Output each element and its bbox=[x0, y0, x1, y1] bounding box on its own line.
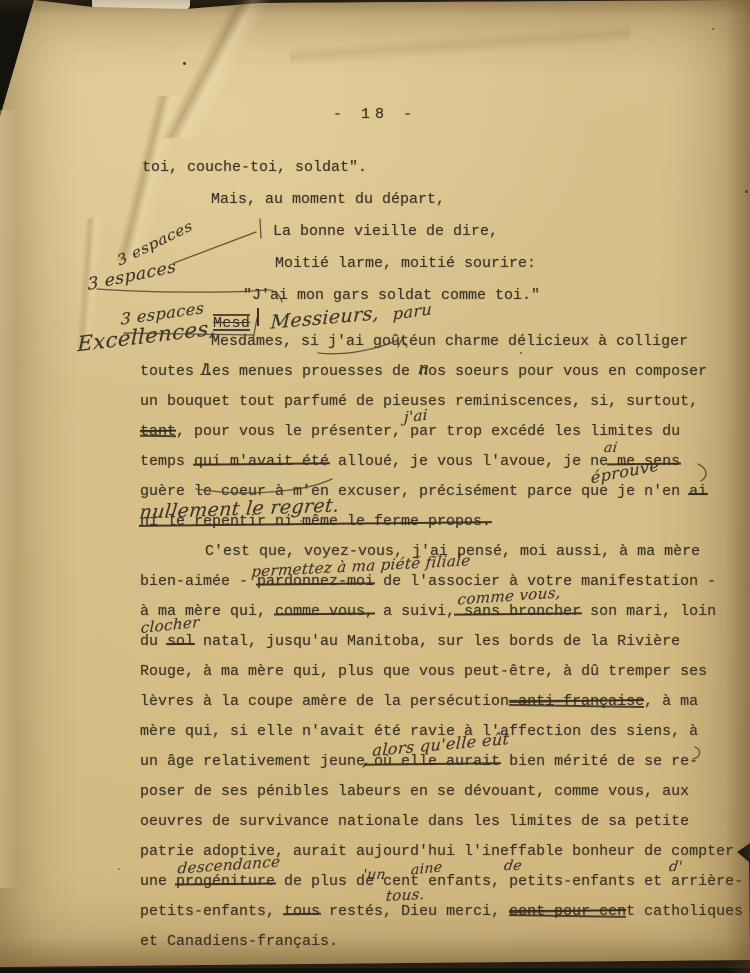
typed-text: t catholiques bbox=[626, 903, 743, 922]
struck-typed-text: comme vous, bbox=[275, 603, 374, 622]
typed-line: à ma mère qui, comme vous, a suivi,comme… bbox=[140, 592, 750, 622]
struck-typed-text: tant bbox=[140, 423, 176, 442]
verse-line: toi, couche-toi, soldat". bbox=[140, 146, 750, 178]
verse-line: "J'ai mon gars soldat comme toi." bbox=[140, 274, 750, 306]
typed-text: Rouge, à ma mère qui, plus que vous peut… bbox=[140, 663, 707, 682]
typed-text: restés, bbox=[320, 903, 392, 922]
typed-line: tant, pour vous le présenter,j'ai par tr… bbox=[140, 412, 750, 442]
typed-text: bien mérité de se re- bbox=[500, 753, 698, 772]
typed-line: une descendanceprogéniture de plus d'une… bbox=[140, 862, 750, 892]
typed-line: et Canadiens-français. bbox=[140, 922, 750, 952]
typed-text: natal, jusqu'au Manitoba, sur les bords … bbox=[194, 633, 680, 652]
typed-line: Rouge, à ma mère qui, plus que vous peut… bbox=[140, 652, 750, 682]
verse-line: Moitié larme, moitié sourire: bbox=[140, 242, 750, 274]
typed-line: nullement le regret.ni le repentir ni mê… bbox=[140, 502, 750, 532]
struck-typed-text: anti-française bbox=[509, 693, 644, 712]
struck-typed-text: ai bbox=[689, 483, 707, 502]
typed-text: nos soeurs pour vous en composer bbox=[419, 363, 707, 382]
struck-typed-text: qui m'avait été bbox=[194, 453, 329, 472]
typed-text: temps bbox=[140, 453, 194, 472]
typed-line: toutes Lles menues prouesses de nnos soe… bbox=[140, 352, 750, 382]
typed-text: Mais, au moment du départ, bbox=[211, 191, 445, 210]
typed-line: un bouquet tout parfumé de pieuses remin… bbox=[140, 382, 750, 412]
page-number: - 18 - bbox=[0, 106, 750, 123]
struck-typed-text: sol bbox=[167, 633, 194, 652]
typed-text: son mari, loin bbox=[581, 603, 716, 622]
typed-text: a suivi, bbox=[374, 603, 455, 622]
verse-line: La bonne vieille de dire, bbox=[140, 210, 750, 242]
typed-text: bien-aimée - bbox=[140, 573, 257, 592]
typed-text: un âge relativement jeune bbox=[140, 753, 365, 772]
typed-line: du clochersol natal, jusqu'au Manitoba, … bbox=[140, 622, 750, 652]
struck-typed-text: tous bbox=[284, 903, 320, 922]
typed-text: Mesdames, si j'ai goûté bbox=[211, 333, 418, 352]
struck-typed-text: progéniture bbox=[176, 873, 275, 892]
typed-text: poser de ses pénibles labeurs en se dévo… bbox=[140, 783, 689, 802]
typed-text: lèvres à la coupe amère de la persécutio… bbox=[140, 693, 509, 712]
typed-text: de plus d bbox=[275, 873, 365, 892]
struck-typed-text: cent pour cen bbox=[509, 903, 626, 922]
paper-speckle bbox=[118, 868, 120, 870]
typed-text: toi, couche-toi, soldat". bbox=[142, 159, 367, 178]
typed-text: Moitié larme, moitié sourire: bbox=[275, 255, 536, 274]
struck-typed-text: sans broncher bbox=[455, 603, 581, 622]
typed-line: bien-aimée - pardonnez-moipermettez à ma… bbox=[140, 562, 750, 592]
paper-speckle bbox=[712, 28, 714, 30]
document-lines: toi, couche-toi, soldat".Mais, au moment… bbox=[140, 146, 750, 952]
typed-text: La bonne vieille de dire, bbox=[273, 223, 498, 242]
typed-text: arrière- bbox=[671, 873, 743, 892]
typed-text: et Canadiens-français. bbox=[140, 933, 338, 952]
verse-line: Mais, au moment du départ, bbox=[140, 178, 750, 210]
typed-text: toutes bbox=[140, 363, 203, 382]
typed-text: Dieu merci, bbox=[392, 903, 509, 922]
typed-line: poser de ses pénibles labeurs en se dévo… bbox=[140, 772, 750, 802]
typed-text: "J'ai mon gars soldat comme toi." bbox=[243, 287, 540, 306]
typed-text: par trop excédé les limites du bbox=[401, 423, 680, 442]
typed-text: alloué, je vous l'avoue, je ne bbox=[329, 453, 608, 472]
typed-text: un charme délicieux à colliger bbox=[418, 333, 688, 352]
typed-line: MesdMessieurs,paruMesdames, si j'ai goût… bbox=[140, 322, 750, 352]
typed-text: les menues prouesses de bbox=[203, 363, 419, 382]
typed-line: oeuvres de survivance nationale dans les… bbox=[140, 802, 750, 832]
typed-line: un âge relativement jeune,alors qu'elle … bbox=[140, 742, 750, 772]
manuscript-scan: - 18 - toi, couche-toi, soldat".Mais, au… bbox=[0, 0, 750, 973]
struck-typed-text: ni le repentir ni même le ferme propos. bbox=[140, 513, 491, 532]
typed-line: petits-enfants, tous restés,tous. Dieu m… bbox=[140, 892, 750, 922]
typed-text: petits-enfants, bbox=[140, 903, 284, 922]
typed-text: , à ma bbox=[644, 693, 698, 712]
typed-line: lèvres à la coupe amère de la persécutio… bbox=[140, 682, 750, 712]
struck-typed-text: où elle aurait bbox=[365, 753, 500, 772]
typed-text: une bbox=[140, 873, 176, 892]
typed-text: petits-enfants et bbox=[500, 873, 671, 892]
typed-text: oeuvres de survivance nationale dans les… bbox=[140, 813, 689, 832]
typed-text: , pour vous le présenter, bbox=[176, 423, 401, 442]
paper-speckle bbox=[183, 62, 186, 65]
